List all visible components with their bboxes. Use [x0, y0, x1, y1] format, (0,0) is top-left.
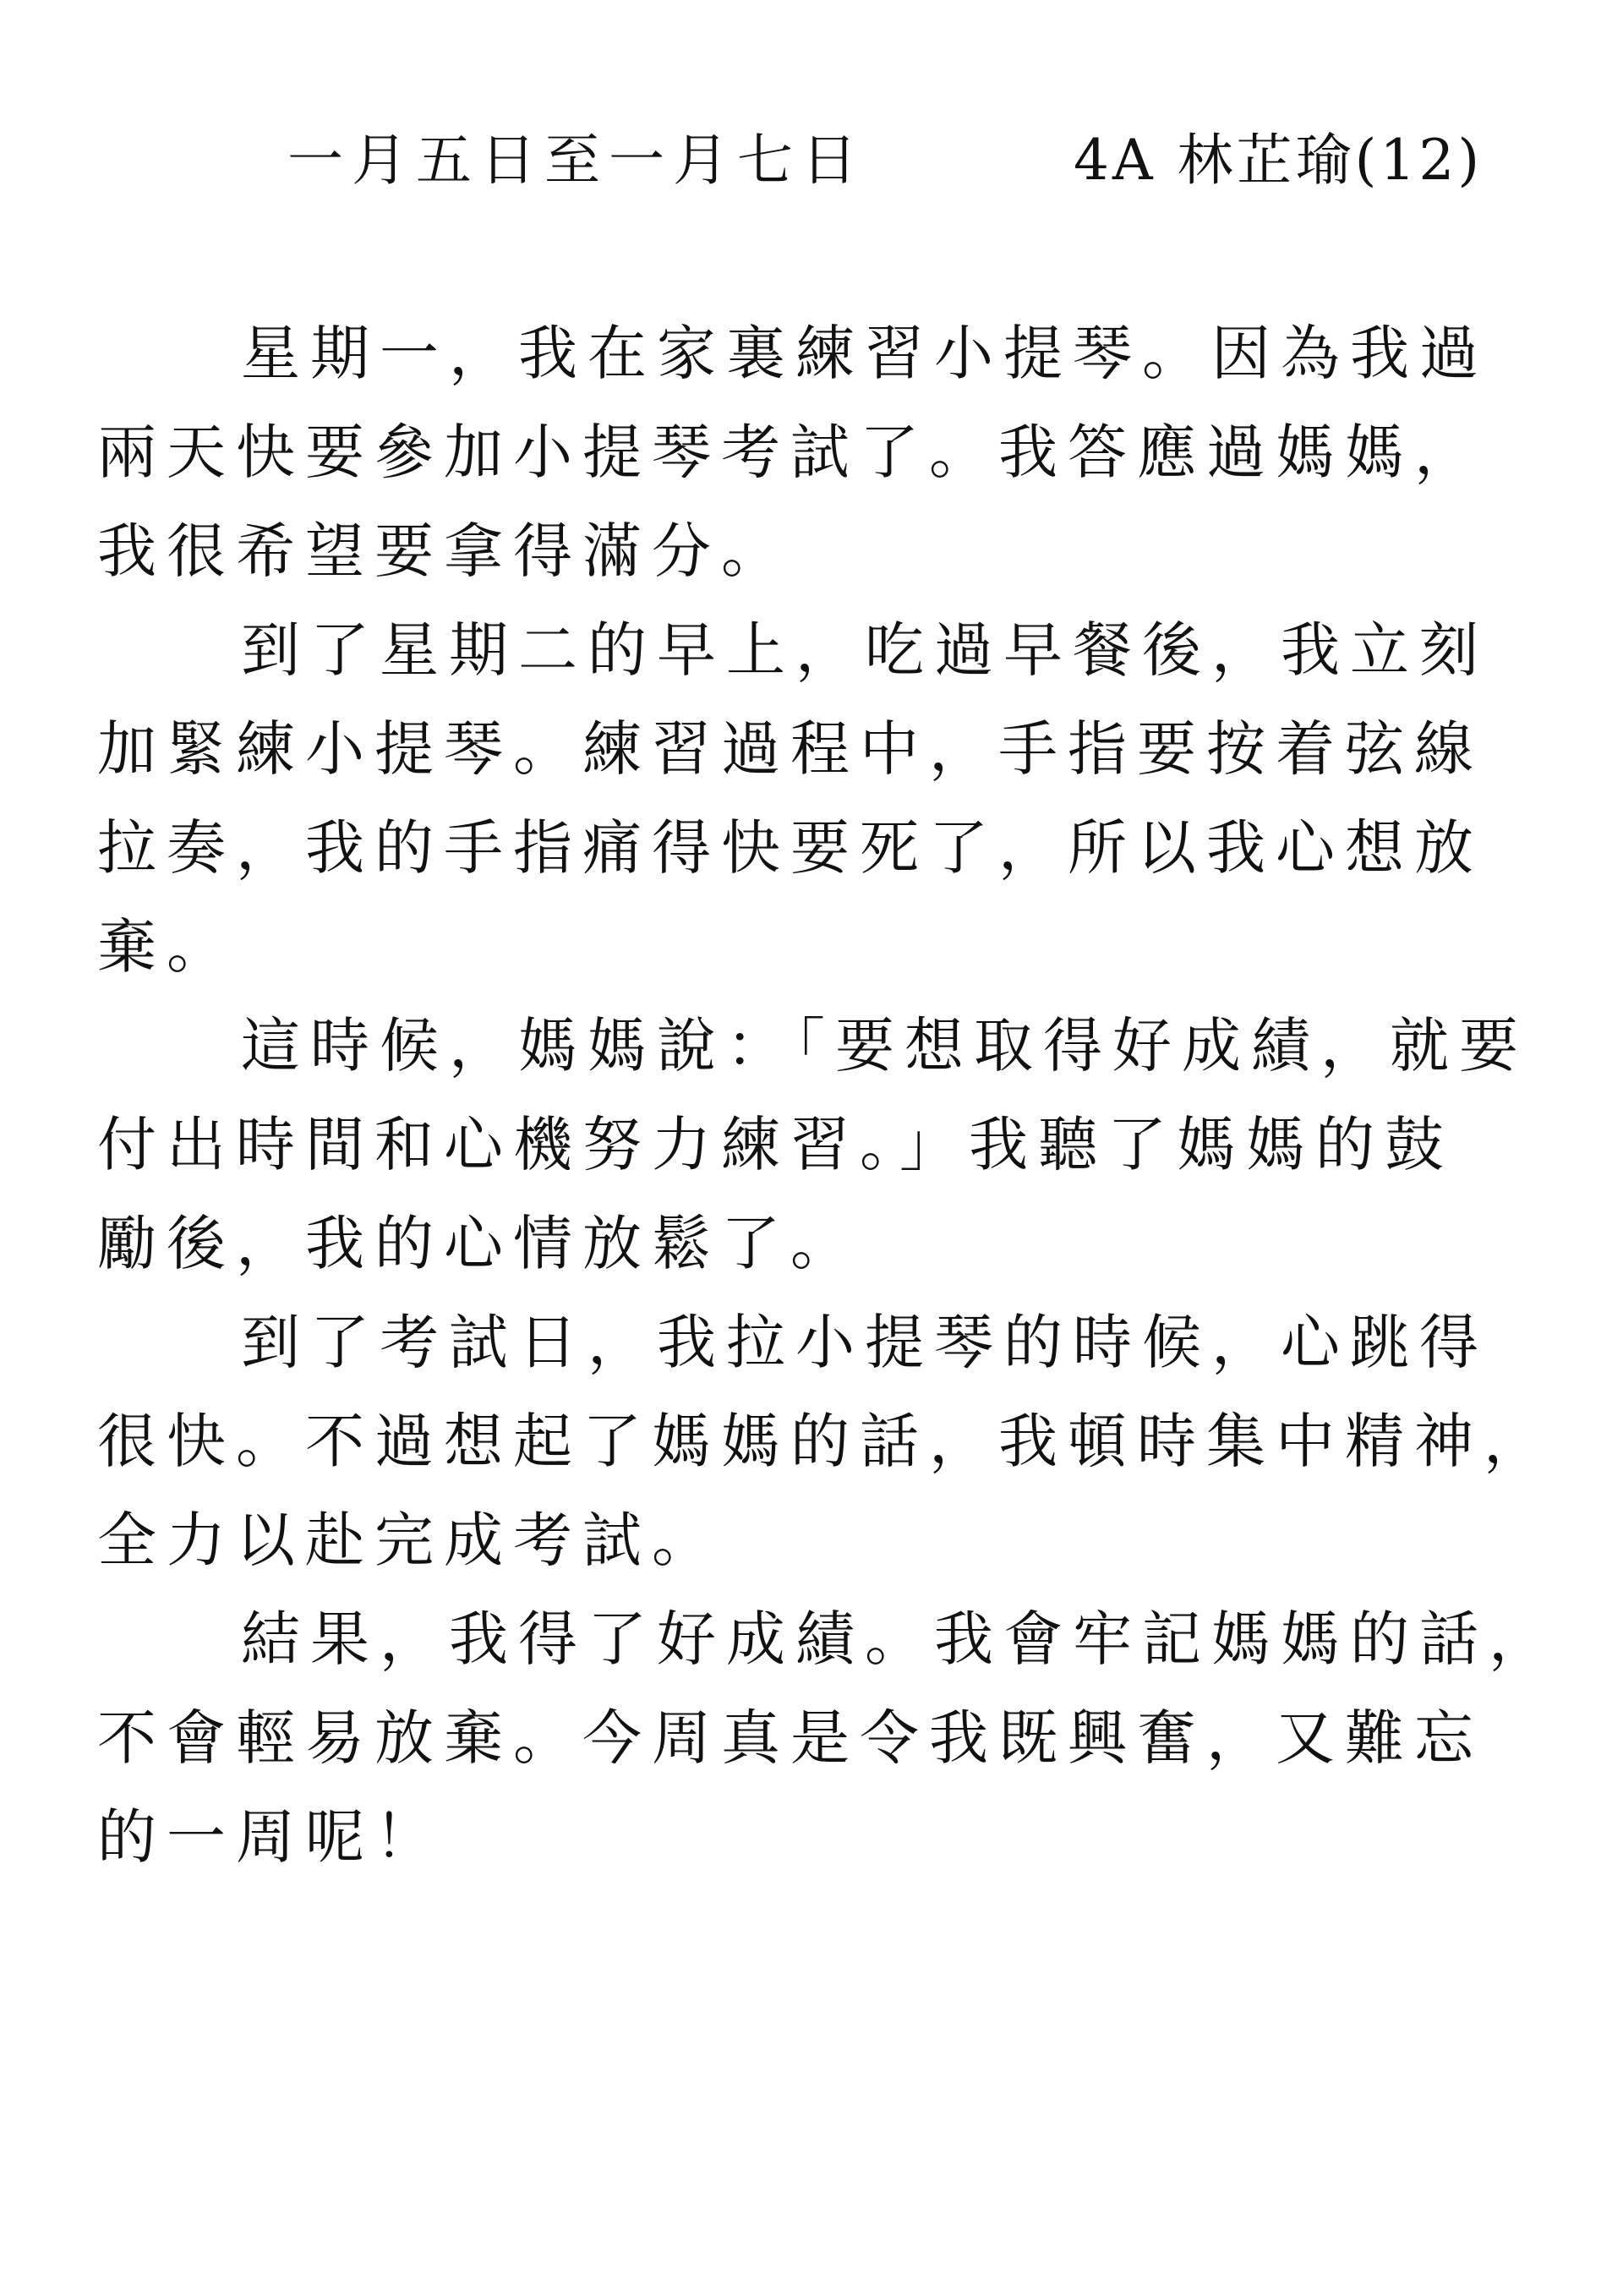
text-line: 這時候，媽媽說：「要想取得好成績，就要 — [97, 997, 1534, 1096]
text-line: 的一周呢！ — [97, 1788, 1534, 1887]
text-line: 結果，我得了好成績。我會牢記媽媽的話， — [97, 1590, 1534, 1689]
journal-body: 星期一，我在家裏練習小提琴。因為我過 兩天快要參加小提琴考試了。我答應過媽媽， … — [97, 304, 1534, 1887]
text-line: 星期一，我在家裏練習小提琴。因為我過 — [97, 304, 1534, 403]
page-header: 一月五日至一月七日 4A 林芷瑜(12) — [287, 118, 1505, 203]
text-line: 不會輕易放棄。今周真是令我既興奮，又難忘 — [97, 1689, 1534, 1788]
text-line: 加緊練小提琴。練習過程中，手指要按着弦線 — [97, 700, 1534, 799]
text-line: 付出時間和心機努力練習。」我聽了媽媽的鼓 — [97, 1096, 1534, 1194]
text-line: 我很希望要拿得滿分。 — [97, 502, 1534, 601]
text-line: 兩天快要參加小提琴考試了。我答應過媽媽， — [97, 403, 1534, 502]
paragraph-4: 到了考試日，我拉小提琴的時候，心跳得 很快。不過想起了媽媽的話，我頓時集中精神，… — [97, 1293, 1534, 1590]
text-line: 棄。 — [97, 898, 1534, 997]
text-line: 到了星期二的早上，吃過早餐後，我立刻 — [97, 601, 1534, 700]
text-line: 全力以赴完成考試。 — [97, 1491, 1534, 1590]
date-range: 一月五日至一月七日 — [287, 118, 866, 203]
author-class-name: 4A 林芷瑜(12) — [1074, 118, 1483, 203]
text-line: 到了考試日，我拉小提琴的時候，心跳得 — [97, 1293, 1534, 1392]
text-line: 很快。不過想起了媽媽的話，我頓時集中精神， — [97, 1392, 1534, 1491]
text-line: 拉奏，我的手指痛得快要死了，所以我心想放 — [97, 799, 1534, 898]
paragraph-5: 結果，我得了好成績。我會牢記媽媽的話， 不會輕易放棄。今周真是令我既興奮，又難忘… — [97, 1590, 1534, 1887]
paragraph-3: 這時候，媽媽說：「要想取得好成績，就要 付出時間和心機努力練習。」我聽了媽媽的鼓… — [97, 997, 1534, 1293]
paragraph-1: 星期一，我在家裏練習小提琴。因為我過 兩天快要參加小提琴考試了。我答應過媽媽， … — [97, 304, 1534, 601]
paragraph-2: 到了星期二的早上，吃過早餐後，我立刻 加緊練小提琴。練習過程中，手指要按着弦線 … — [97, 601, 1534, 997]
text-line: 勵後，我的心情放鬆了。 — [97, 1194, 1534, 1293]
